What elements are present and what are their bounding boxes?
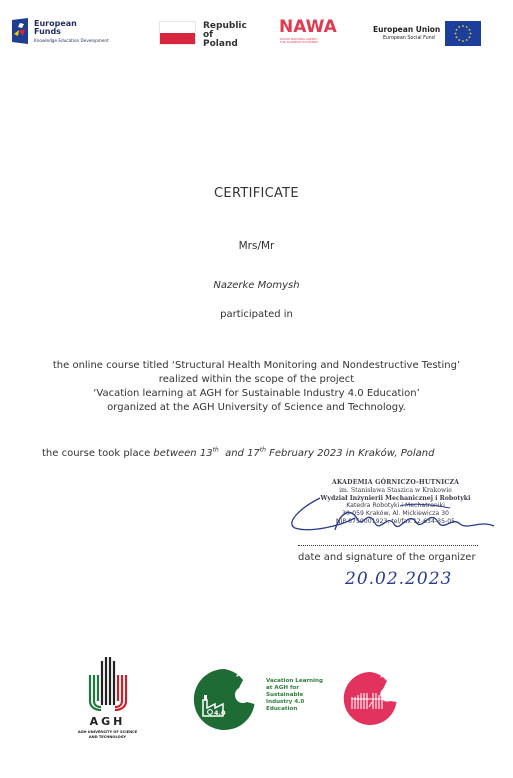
vacation-learning-factory-badge-icon: 4.0 xyxy=(193,668,256,731)
svg-text:4.0: 4.0 xyxy=(214,709,226,717)
signature-line xyxy=(298,545,478,546)
eu-flag-icon xyxy=(445,21,481,46)
salutation: Mrs/Mr xyxy=(0,240,513,252)
european-social-fund-text: European Social Fund xyxy=(383,36,435,41)
agh-emblem-icon xyxy=(85,655,131,713)
handwritten-signature xyxy=(280,478,500,538)
nawa-wordmark: NAWA xyxy=(279,19,337,36)
signature-caption: date and signature of the organizer xyxy=(298,552,476,563)
course-dates: the course took place between 13th and 1… xyxy=(42,448,434,459)
nawa-logo: NAWA POLISH NATIONAL AGENCY FOR ACADEMIC… xyxy=(279,19,359,47)
participated-text: participated in xyxy=(0,309,513,320)
european-funds-emblem-icon xyxy=(10,18,30,44)
poland-flag-icon xyxy=(159,21,196,45)
course-line: realized within the scope of the project xyxy=(0,373,513,387)
course-description: the online course titled ‘Structural Hea… xyxy=(0,359,513,415)
european-union-title: European Union xyxy=(373,25,440,34)
course-line: the online course titled ‘Structural Hea… xyxy=(0,359,513,373)
dates-between: between 13th and 17th February 2023 in K… xyxy=(153,448,434,459)
course-line: ‘Vacation learning at AGH for Sustainabl… xyxy=(0,387,513,401)
agh-wordmark: AGH xyxy=(60,715,155,728)
handwritten-date: 20.02.2023 xyxy=(345,569,452,589)
nawa-subtitle: POLISH NATIONAL AGENCY FOR ACADEMIC EXCH… xyxy=(280,38,318,44)
dates-prefix: the course took place xyxy=(42,448,153,459)
republic-of-poland-text: Republic of Poland xyxy=(203,22,249,49)
course-line: organized at the AGH University of Scien… xyxy=(0,401,513,415)
agh-logo: AGH AGH UNIVERSITY OF SCIENCE AND TECHNO… xyxy=(60,655,155,745)
certificate-title: CERTIFICATE xyxy=(0,186,513,201)
recipient-name: Nazerke Momysh xyxy=(0,280,513,291)
agh-subtitle: AGH UNIVERSITY OF SCIENCE AND TECHNOLOGY xyxy=(60,730,155,739)
republic-of-poland-logo: Republic of Poland xyxy=(159,20,249,46)
european-funds-subtitle: Knowledge Education Development xyxy=(34,38,109,43)
vacation-learning-text: Vacation Learning at AGH for Sustainable… xyxy=(266,678,323,713)
european-union-logo: European Union European Social Fund xyxy=(373,21,485,49)
european-funds-title: European Funds xyxy=(34,20,77,36)
european-funds-logo: European Funds Knowledge Education Devel… xyxy=(10,18,135,48)
gate-building-badge-icon xyxy=(343,671,398,726)
